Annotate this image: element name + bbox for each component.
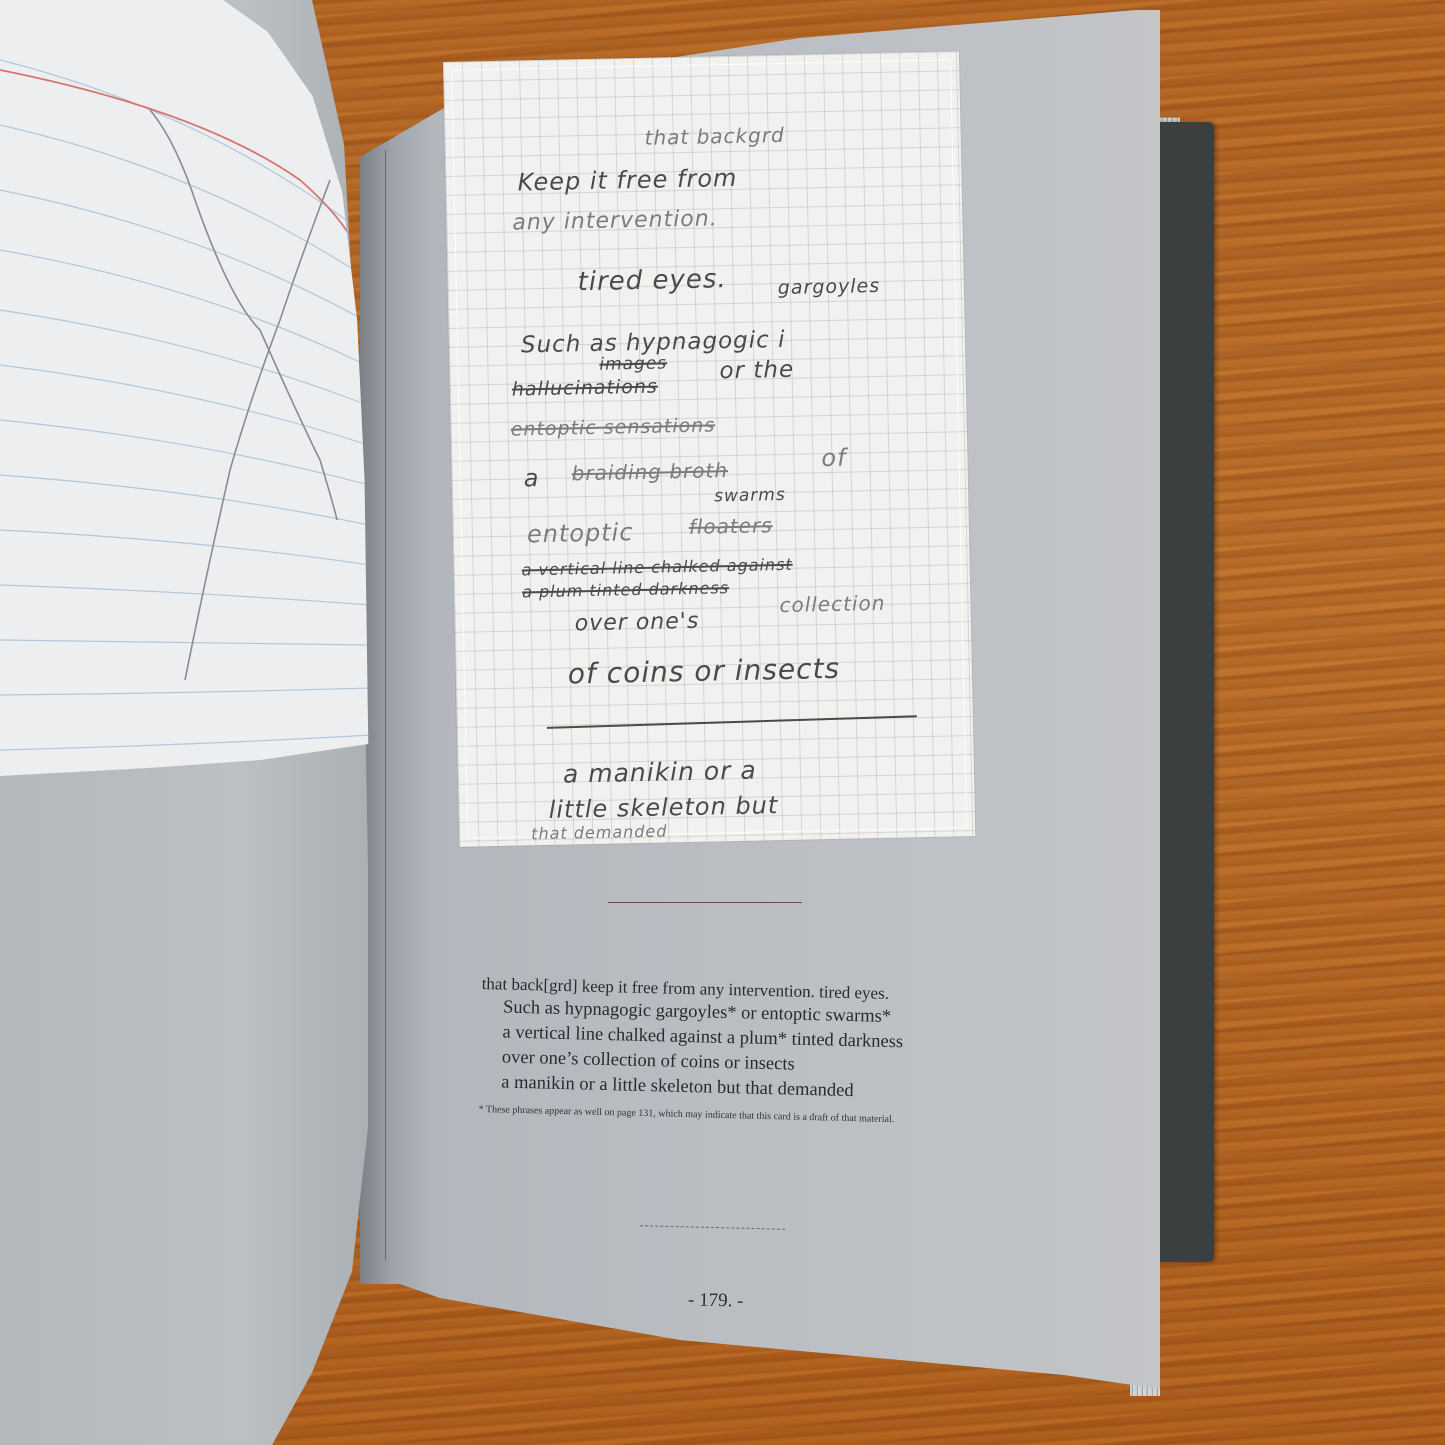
card-line: floaters xyxy=(689,513,773,539)
lined-paper-drawing xyxy=(0,0,372,800)
card-line: braiding broth xyxy=(571,458,728,485)
card-line: over one's xyxy=(575,609,700,637)
card-line: that demanded xyxy=(531,821,668,843)
ornament-rule xyxy=(608,902,802,903)
card-line: a xyxy=(523,464,539,492)
card-line: swarms xyxy=(714,485,786,506)
card-line: images xyxy=(599,353,667,374)
card-line: of xyxy=(821,444,847,473)
card-line: any intervention. xyxy=(512,206,718,235)
card-line: a plum tinted darkness xyxy=(522,578,729,601)
index-card-facsimile: that backgrd Keep it free from any inter… xyxy=(443,51,975,847)
card-line: gargoyles xyxy=(778,275,881,299)
red-margin-line xyxy=(0,70,355,245)
page-number: - 179. - xyxy=(688,1289,744,1312)
card-line: or the xyxy=(719,357,794,385)
card-line: Keep it free from xyxy=(517,164,737,197)
left-page-lined-insert xyxy=(0,0,372,800)
transcription-block: that back[grd] keep it free from any int… xyxy=(479,972,972,1127)
card-line: a vertical line chalked against xyxy=(521,555,792,580)
gutter-line xyxy=(385,150,386,1260)
card-line: hallucinations xyxy=(512,376,658,401)
card-line: tired eyes. xyxy=(577,264,727,297)
card-line: entoptic sensations xyxy=(510,414,715,440)
card-line: little skeleton but xyxy=(548,791,778,824)
card-line: entoptic xyxy=(527,518,634,548)
card-line: of coins or insects xyxy=(567,652,840,691)
card-line: a manikin or a xyxy=(563,756,757,789)
card-line: that backgrd xyxy=(644,123,785,150)
card-underline xyxy=(547,715,917,729)
card-line: collection xyxy=(779,591,885,617)
